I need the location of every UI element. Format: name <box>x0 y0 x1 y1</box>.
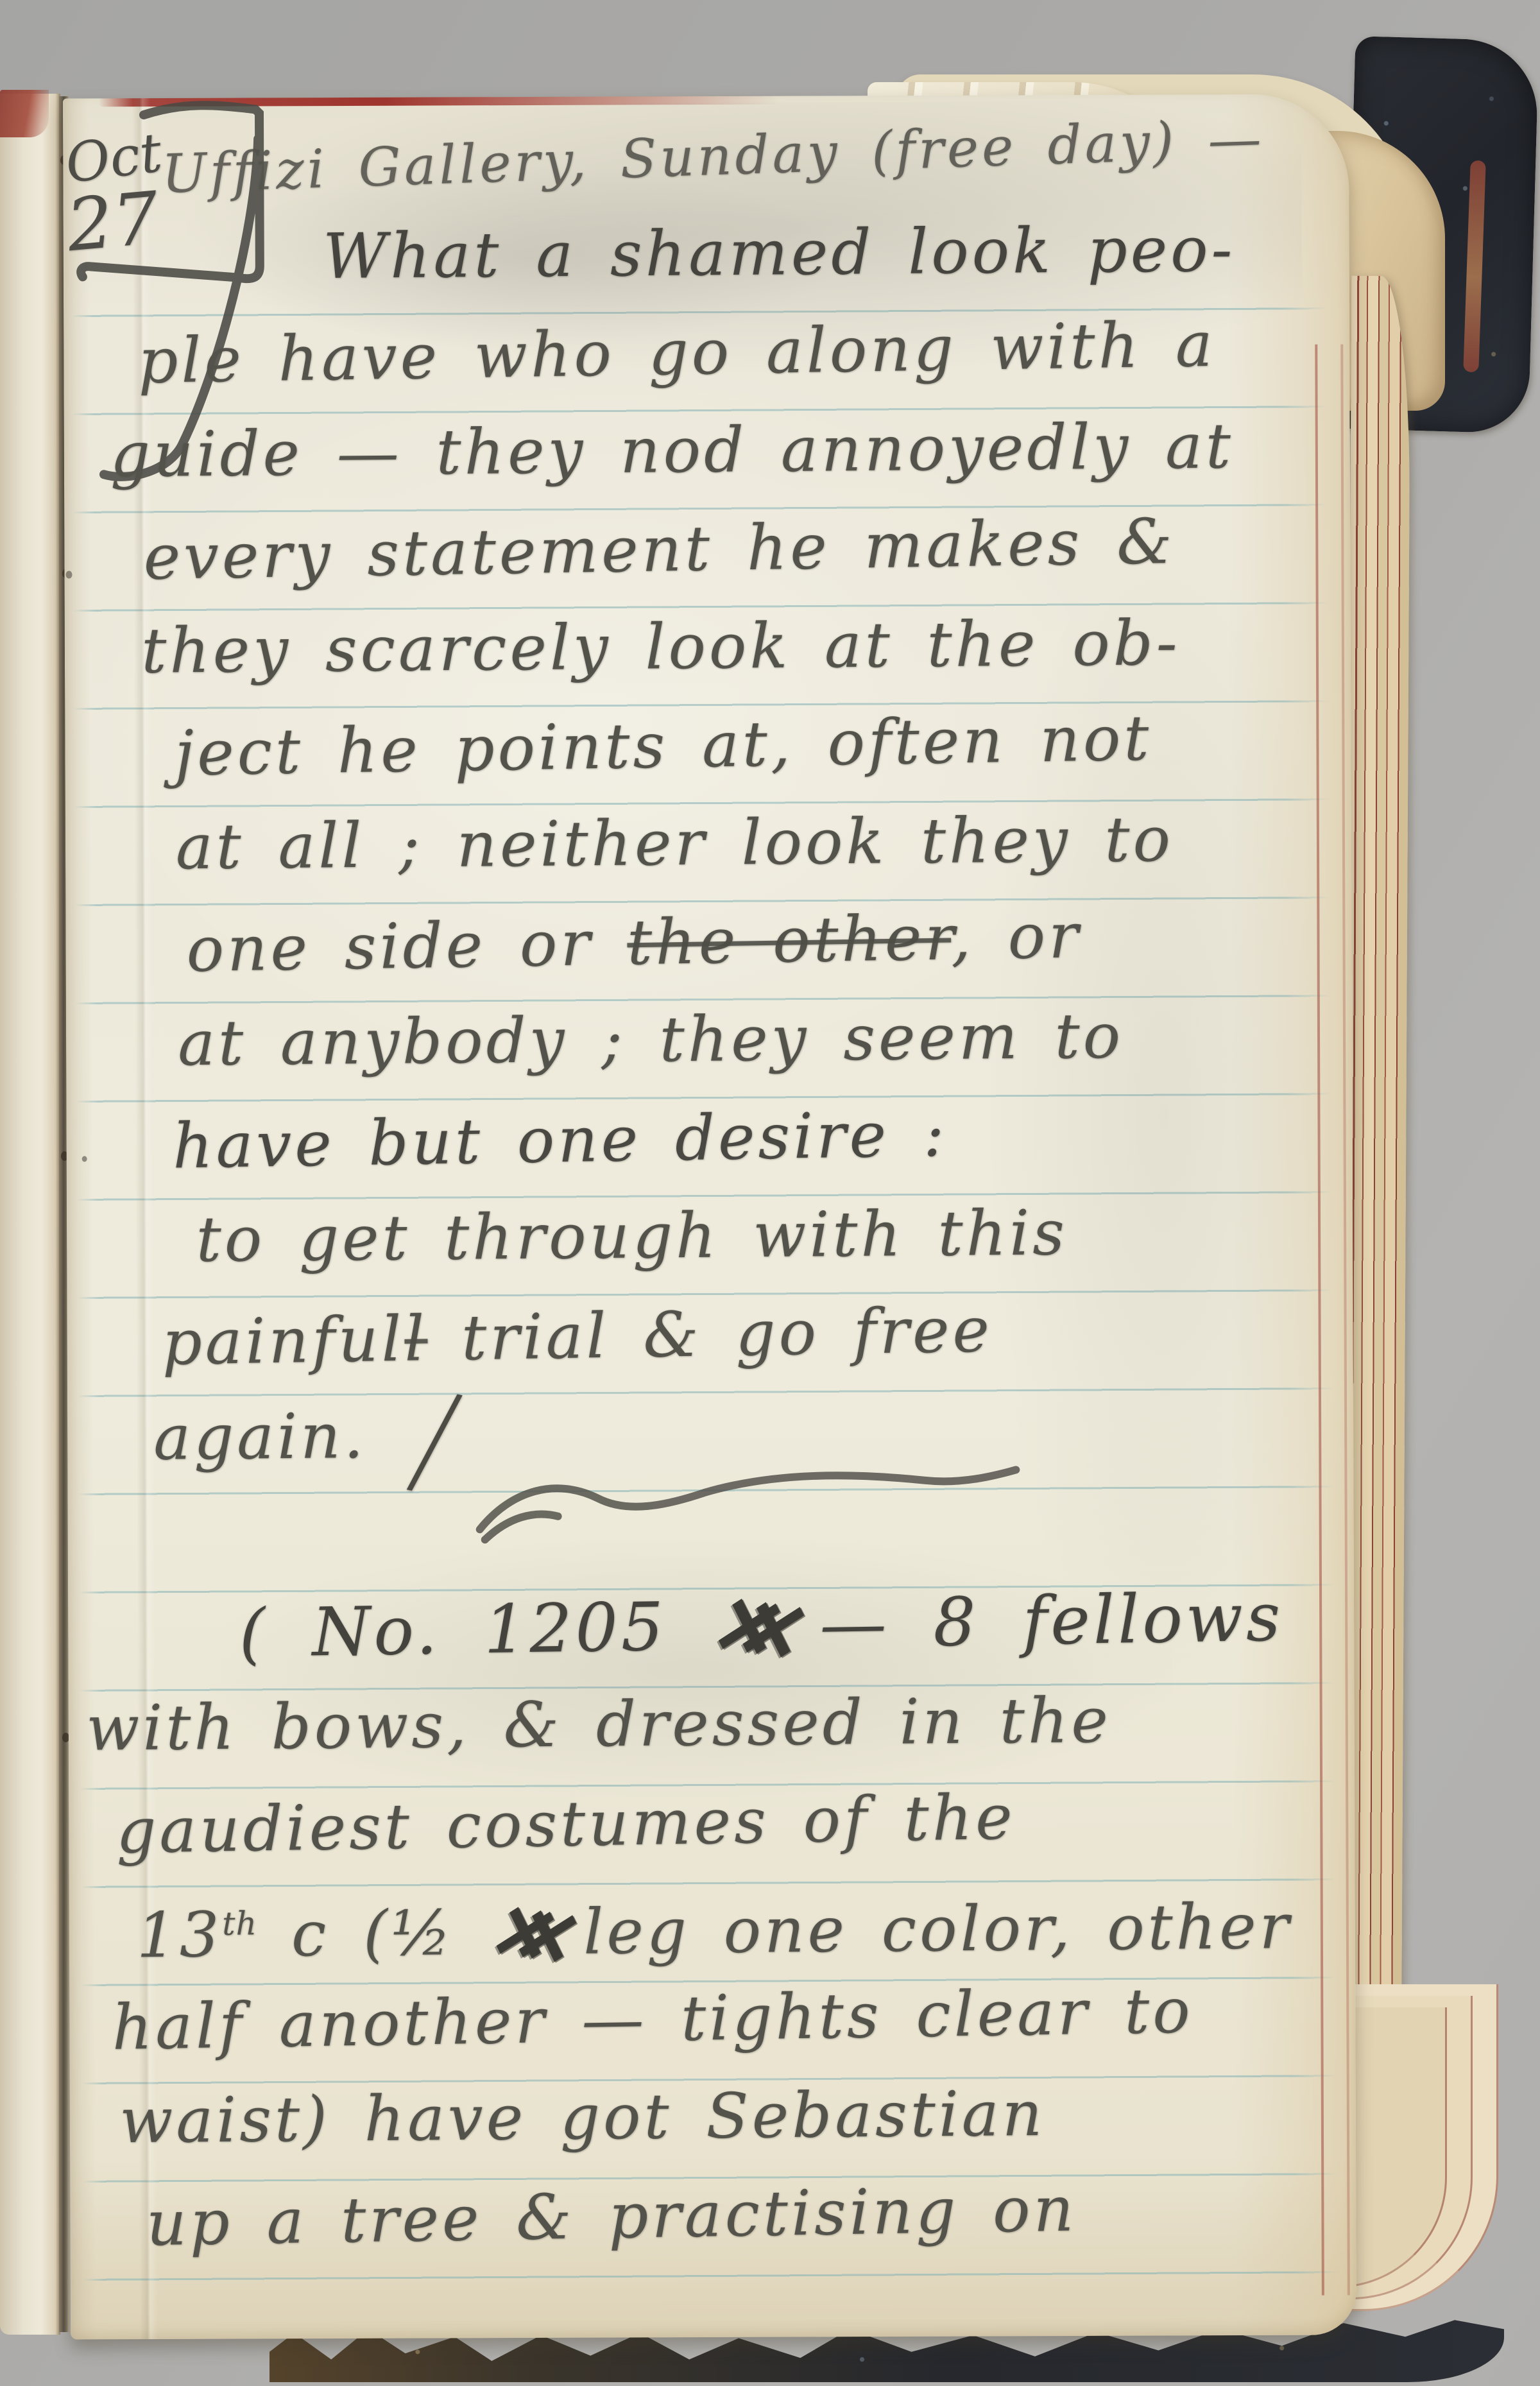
handwriting-line: one side or the other, or <box>185 882 1350 999</box>
handwriting-segment: they scarcely look at the ob- <box>141 606 1181 687</box>
facing-page-edge <box>0 94 60 2335</box>
handwriting-segment-strike: l <box>404 1302 428 1375</box>
handwriting-segment: painful <box>162 1303 406 1379</box>
handwriting-line: gaudiest costumes of the <box>116 1762 1360 1880</box>
handwriting-line: What a shamed look peo- <box>323 200 1342 305</box>
handwriting-line: ple have who go along with a <box>137 293 1344 410</box>
handwriting-line: ( No. 1205 ✕✕ — 8 fellows <box>239 1566 1358 1682</box>
handwriting-segment: — 8 fellows <box>775 1578 1284 1664</box>
handwriting-segment: at anybody ; they seem to <box>178 1000 1124 1080</box>
handwriting-segment: gaudiest costumes of the <box>116 1781 1016 1867</box>
handwriting-segment: c (½ <box>257 1896 489 1971</box>
handwriting-segment: every statement he makes & <box>143 505 1176 594</box>
handwriting-segment: guide — they nod annoyedly at <box>110 409 1234 491</box>
handwriting-segment-scribble: ✕✕ <box>702 1561 767 1690</box>
handwriting-line: ject he points at, often not <box>174 686 1348 803</box>
handwriting-segment-sup: th <box>222 1904 257 1942</box>
handwriting-line: they scarcely look at the ob- <box>141 592 1347 700</box>
handwriting-segment: trial & go free <box>427 1293 993 1375</box>
handwriting-segment: to get through with this <box>196 1196 1068 1276</box>
handwriting-line: waist) have got Sebastian <box>119 2062 1364 2170</box>
notebook-page: Oct 27 Uffizi Gallery, Sunday (free day)… <box>63 94 1356 2340</box>
handwriting-segment: up a tree & practising on <box>146 2172 1077 2260</box>
handwriting-line: painfull trial & go free <box>161 1275 1355 1392</box>
handwriting-segment: What a shamed look peo- <box>323 213 1236 293</box>
handwriting-line: have but one desire : <box>172 1079 1353 1196</box>
handwriting-line: guide — they nod annoyedly at <box>110 396 1344 504</box>
handwriting-segment-strike: the other <box>626 901 951 979</box>
section-divider-ink <box>465 1461 1031 1572</box>
handwriting-text: Uffizi Gallery, Sunday (free day) —What … <box>55 99 1365 2271</box>
handwriting-line: at anybody ; they seem to <box>178 985 1351 1092</box>
handwriting-line: every statement he makes & <box>142 490 1346 606</box>
handwriting-segment: waist) have got Sebastian <box>119 2077 1046 2157</box>
red-edge-top-left <box>0 90 49 137</box>
handwriting-segment: ple have who go along with a <box>137 308 1216 397</box>
handwriting-line: at all ; neither look they to <box>175 789 1349 896</box>
handwriting-segment: ject he points at, often not <box>174 701 1152 789</box>
handwriting-segment: at all ; neither look they to <box>175 803 1174 883</box>
notebook-scan: Oct 27 Uffizi Gallery, Sunday (free day)… <box>0 0 1540 2386</box>
handwriting-segment: , or <box>950 899 1082 974</box>
handwriting-segment: leg one color, other <box>549 1890 1292 1968</box>
handwriting-segment: have but one desire : <box>172 1098 948 1183</box>
handwriting-segment: with bows, & dressed in the <box>86 1684 1111 1765</box>
handwriting-segment: again. <box>153 1400 367 1474</box>
handwriting-segment: 13 <box>137 1898 223 1971</box>
handwriting-segment: half another — tights clear to <box>112 1974 1194 2063</box>
handwriting-segment: Uffizi Gallery, Sunday (free day) — <box>161 107 1265 205</box>
handwriting-line: up a tree & practising on <box>146 2155 1365 2272</box>
handwriting-line: to get through with this <box>196 1181 1353 1289</box>
handwriting-line: 13th c (½ ✕✕ leg one color, other <box>136 1866 1361 1973</box>
handwriting-segment: one side or <box>186 906 628 986</box>
handwriting-line: half another — tights clear to <box>111 1959 1362 2077</box>
handwriting-line: with bows, & dressed in the <box>86 1669 1359 1778</box>
handwriting-segment: ( No. 1205 <box>239 1587 711 1673</box>
